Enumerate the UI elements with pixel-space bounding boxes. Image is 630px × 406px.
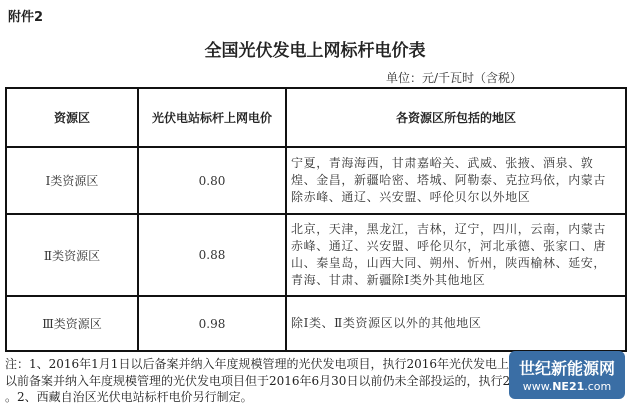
price-cell: 0.88 bbox=[138, 214, 286, 296]
regions-cell: 宁夏，青海海西，甘肃嘉峪关、武威、张掖、酒泉、敦煌、金昌，新疆哈密、塔城、阿勒泰… bbox=[286, 147, 626, 214]
zone-cell: Ⅱ类资源区 bbox=[6, 214, 138, 296]
zone-cell: Ⅰ类资源区 bbox=[6, 147, 138, 214]
price-cell: 0.80 bbox=[138, 147, 286, 214]
table-row: Ⅰ类资源区 0.80 宁夏，青海海西，甘肃嘉峪关、武威、张掖、酒泉、敦煌、金昌，… bbox=[6, 147, 626, 214]
regions-cell: 除Ⅰ类、Ⅱ类资源区以外的其他地区 bbox=[286, 296, 626, 351]
price-cell: 0.98 bbox=[138, 296, 286, 351]
watermark-url-suffix: .com bbox=[584, 380, 611, 393]
header-price: 光伏电站标杆上网电价 bbox=[138, 88, 286, 147]
watermark-url-prefix: www. bbox=[523, 380, 552, 393]
table-row: Ⅲ类资源区 0.98 除Ⅰ类、Ⅱ类资源区以外的其他地区 bbox=[6, 296, 626, 351]
table-row: Ⅱ类资源区 0.88 北京，天津，黑龙江，吉林，辽宁，四川，云南，内蒙古赤峰、通… bbox=[6, 214, 626, 296]
watermark-url-brand: NE21 bbox=[552, 380, 584, 393]
watermark-name: 世纪新能源网 bbox=[509, 356, 625, 379]
zone-cell: Ⅲ类资源区 bbox=[6, 296, 138, 351]
header-regions: 各资源区所包括的地区 bbox=[286, 88, 626, 147]
unit-label: 单位：元/千瓦时（含税） bbox=[386, 69, 522, 86]
regions-cell: 北京，天津，黑龙江，吉林，辽宁，四川，云南，内蒙古赤峰、通辽、兴安盟、呼伦贝尔，… bbox=[286, 214, 626, 296]
attachment-label: 附件2 bbox=[8, 6, 43, 25]
site-watermark: 世纪新能源网 www.NE21.com bbox=[509, 351, 625, 399]
document-title: 全国光伏发电上网标杆电价表 bbox=[0, 36, 630, 61]
watermark-url: www.NE21.com bbox=[509, 380, 625, 393]
header-zone: 资源区 bbox=[6, 88, 138, 147]
table-header-row: 资源区 光伏电站标杆上网电价 各资源区所包括的地区 bbox=[6, 88, 626, 147]
price-table: 资源区 光伏电站标杆上网电价 各资源区所包括的地区 Ⅰ类资源区 0.80 宁夏，… bbox=[5, 87, 627, 352]
